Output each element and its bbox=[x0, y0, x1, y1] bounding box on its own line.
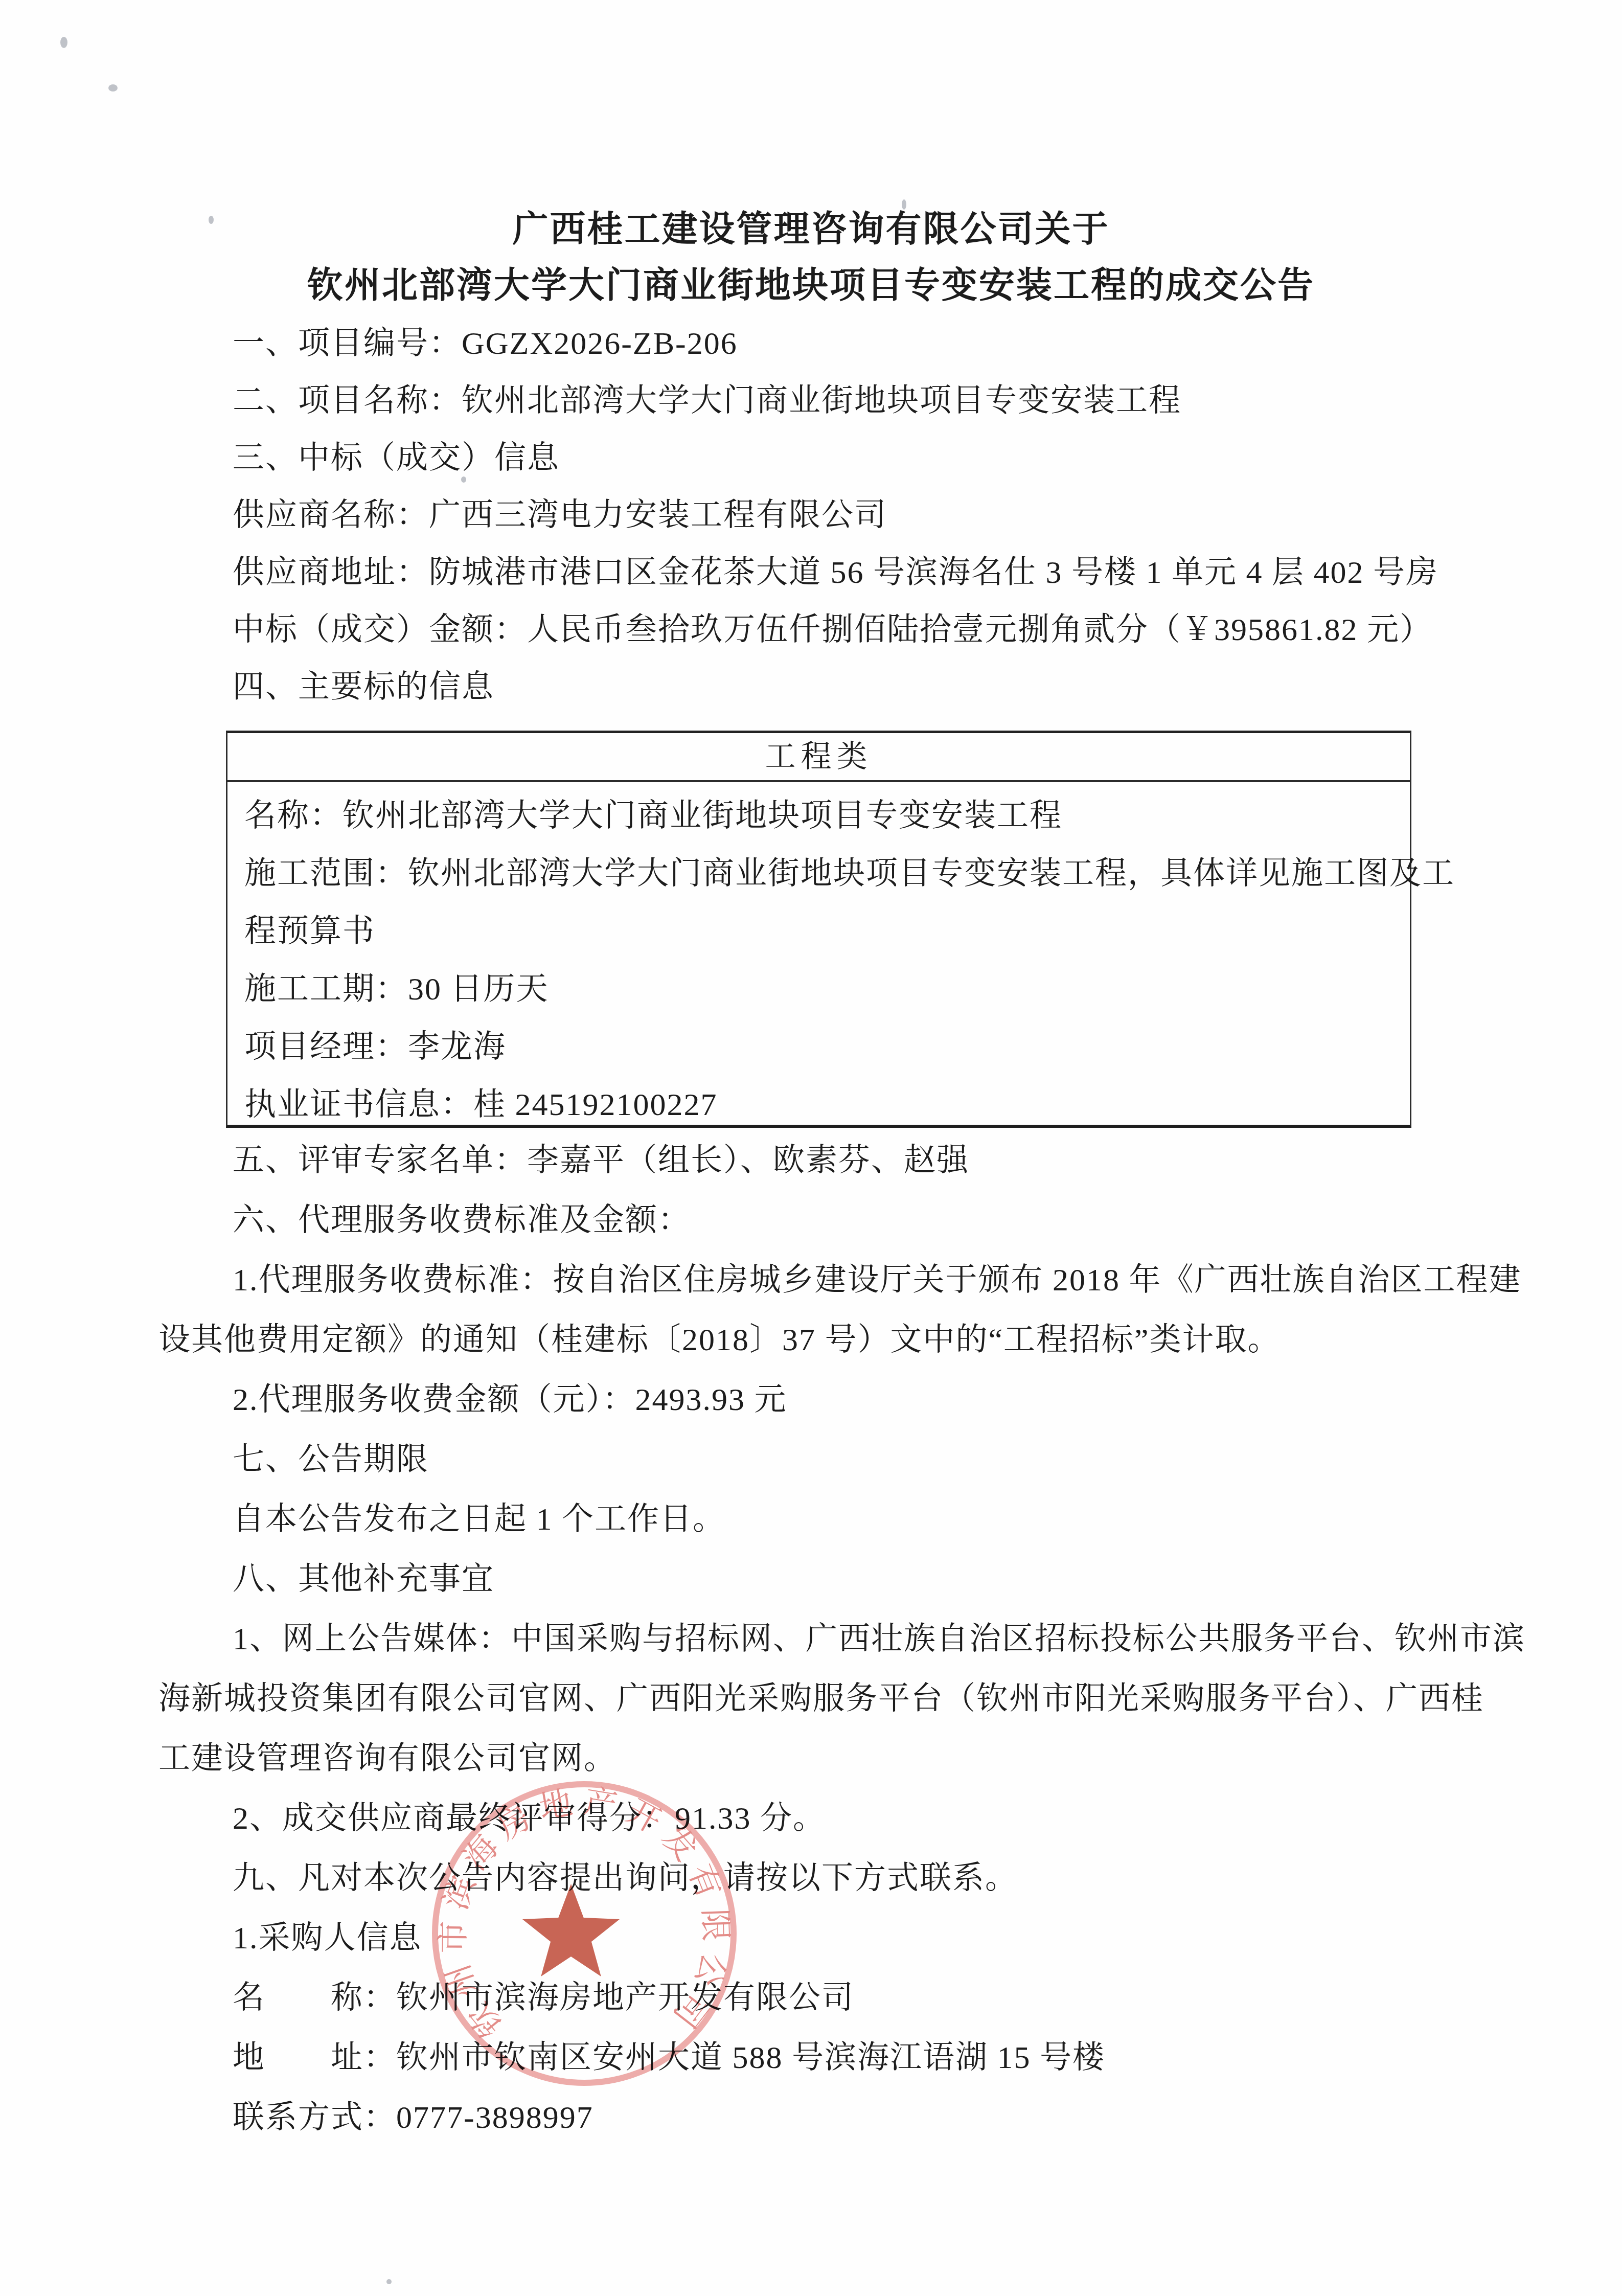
line-purchaser-contact: 联系方式：0777-3898997 bbox=[233, 2099, 1488, 2136]
table-row: 程预算书 bbox=[244, 903, 1410, 961]
line-project-name: 二、项目名称：钦州北部湾大学大门商业街地块项目专变安装工程 bbox=[233, 382, 1488, 419]
document-title-line1: 广西桂工建设管理咨询有限公司关于 bbox=[0, 209, 1622, 252]
seal-company-text: 钦州市滨海房地产开发有限公司 bbox=[435, 1783, 734, 2044]
line-agency-fee-amount: 2.代理服务收费金额（元）：2493.93 元 bbox=[233, 1381, 1488, 1418]
line-media-3: 工建设管理咨询有限公司官网。 bbox=[158, 1740, 1488, 1777]
line-purchaser-name: 名 称：钦州市滨海房地产开发有限公司 bbox=[233, 1980, 1488, 2016]
subject-table-header: 工程类 bbox=[227, 733, 1410, 782]
announcement-page: 广西桂工建设管理咨询有限公司关于 钦州北部湾大学大门商业街地块项目专变安装工程的… bbox=[0, 0, 1622, 2296]
line-agency-fee-standard-1: 1.代理服务收费标准：按自治区住房城乡建设厅关于颁布 2018 年《广西壮族自治… bbox=[233, 1262, 1488, 1299]
table-row: 施工工期：30 日历天 bbox=[244, 961, 1410, 1018]
table-row: 项目经理：李龙海 bbox=[244, 1018, 1410, 1076]
line-experts: 五、评审专家名单：李嘉平（组长）、欧素芬、赵强 bbox=[233, 1142, 1488, 1179]
line-agency-fee-standard-2: 设其他费用定额》的通知（桂建标〔2018〕37 号）文中的“工程招标”类计取。 bbox=[158, 1322, 1488, 1358]
scan-speck bbox=[902, 199, 906, 210]
line-project-number: 一、项目编号：GGZX2026-ZB-206 bbox=[233, 325, 1488, 362]
scan-speck bbox=[386, 2279, 392, 2284]
subject-table: 工程类 名称：钦州北部湾大学大门商业街地块项目专变安装工程 施工范围：钦州北部湾… bbox=[226, 731, 1411, 1128]
scan-speck bbox=[108, 84, 118, 92]
line-notice-period-body: 自本公告发布之日起 1 个工作日。 bbox=[233, 1501, 1488, 1538]
scan-speck bbox=[60, 37, 67, 48]
line-media-2: 海新城投资集团有限公司官网、广西阳光采购服务平台（钦州市阳光采购服务平台）、广西… bbox=[158, 1680, 1488, 1717]
company-seal: 钦州市滨海房地产开发有限公司 bbox=[426, 1775, 743, 2092]
subject-table-cell: 名称：钦州北部湾大学大门商业街地块项目专变安装工程 施工范围：钦州北部湾大学大门… bbox=[227, 782, 1410, 1134]
line-award-amount: 中标（成交）金额：人民币叁拾玖万伍仟捌佰陆拾壹元捌角贰分（￥395861.82 … bbox=[233, 611, 1488, 648]
line-media-1: 1、网上公告媒体：中国采购与招标网、广西壮族自治区招标投标公共服务平台、钦州市滨 bbox=[233, 1621, 1488, 1657]
document-title-line2: 钦州北部湾大学大门商业街地块项目专变安装工程的成交公告 bbox=[0, 265, 1622, 308]
table-row: 名称：钦州北部湾大学大门商业街地块项目专变安装工程 bbox=[244, 787, 1410, 845]
table-row: 执业证书信息：桂 245192100227 bbox=[244, 1076, 1410, 1134]
line-subject-heading: 四、主要标的信息 bbox=[233, 669, 1488, 706]
line-purchaser-address: 地 址：钦州市钦南区安州大道 588 号滨海江语湖 15 号楼 bbox=[233, 2039, 1488, 2076]
line-award-info-heading: 三、中标（成交）信息 bbox=[233, 440, 1488, 476]
line-purchaser-heading: 1.采购人信息 bbox=[233, 1920, 1488, 1957]
line-other-matters-heading: 八、其他补充事宜 bbox=[233, 1561, 1488, 1598]
scan-speck bbox=[461, 476, 466, 483]
line-final-score: 2、成交供应商最终评审得分：91.33 分。 bbox=[233, 1800, 1488, 1837]
line-contact-heading: 九、凡对本次公告内容提出询问，请按以下方式联系。 bbox=[233, 1860, 1488, 1897]
line-supplier-address: 供应商地址：防城港市港口区金花茶大道 56 号滨海名仕 3 号楼 1 单元 4 … bbox=[233, 554, 1488, 591]
line-supplier-name: 供应商名称：广西三湾电力安装工程有限公司 bbox=[233, 497, 1488, 534]
table-row: 施工范围：钦州北部湾大学大门商业街地块项目专变安装工程，具体详见施工图及工 bbox=[244, 845, 1410, 903]
line-notice-period-heading: 七、公告期限 bbox=[233, 1441, 1488, 1478]
line-agency-fee-heading: 六、代理服务收费标准及金额： bbox=[233, 1202, 1488, 1239]
star-icon bbox=[522, 1884, 620, 1976]
